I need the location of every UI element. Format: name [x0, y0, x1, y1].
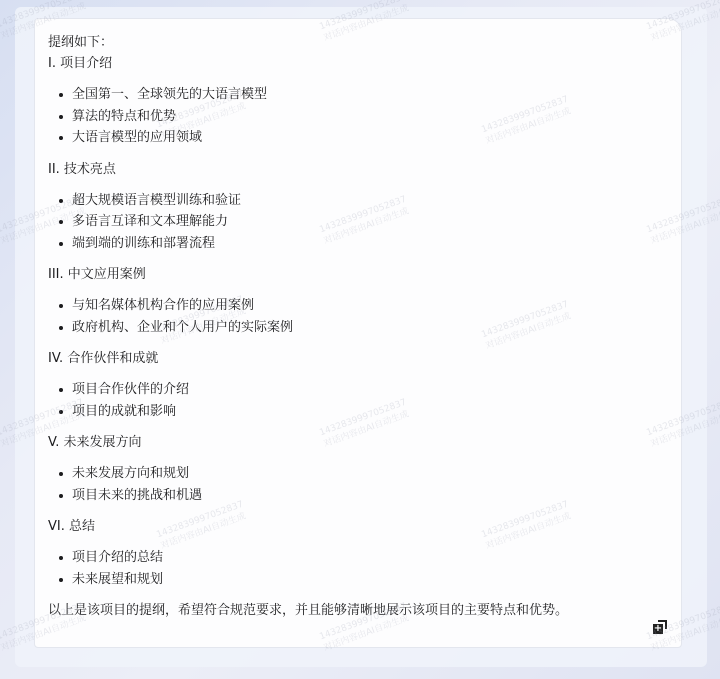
copy-icon: + [653, 624, 663, 634]
message-conclusion: 以上是该项目的提纲，希望符合规范要求，并且能够清晰地展示该项目的主要特点和优势。 [48, 601, 667, 621]
list-item: 项目未来的挑战和机遇 [58, 485, 667, 507]
list-item: 未来展望和规划 [58, 569, 667, 591]
bullet-list: 项目合作伙伴的介绍 项目的成就和影响 [48, 379, 667, 422]
section-title: I. 项目介绍 [48, 54, 667, 74]
outline-section: II. 技术亮点 超大规模语言模型训练和验证 多语言互译和文本理解能力 端到端的… [48, 160, 667, 255]
list-item: 项目的成就和影响 [58, 401, 667, 423]
message-intro: 提纲如下： [48, 33, 667, 53]
section-title: III. 中文应用案例 [48, 265, 667, 285]
assistant-message: 提纲如下： I. 项目介绍 全国第一、全球领先的大语言模型 算法的特点和优势 大… [34, 18, 682, 648]
list-item: 多语言互译和文本理解能力 [58, 211, 667, 233]
outline-section: VI. 总结 项目介绍的总结 未来展望和规划 [48, 517, 667, 590]
list-item: 项目介绍的总结 [58, 547, 667, 569]
list-item: 全国第一、全球领先的大语言模型 [58, 84, 667, 106]
list-item: 端到端的训练和部署流程 [58, 233, 667, 255]
bullet-list: 未来发展方向和规划 项目未来的挑战和机遇 [48, 463, 667, 506]
outline-section: IV. 合作伙伴和成就 项目合作伙伴的介绍 项目的成就和影响 [48, 349, 667, 422]
list-item: 大语言模型的应用领域 [58, 127, 667, 149]
list-item: 算法的特点和优势 [58, 106, 667, 128]
section-title: V. 未来发展方向 [48, 433, 667, 453]
list-item: 政府机构、企业和个人用户的实际案例 [58, 317, 667, 339]
outline-section: III. 中文应用案例 与知名媒体机构合作的应用案例 政府机构、企业和个人用户的… [48, 265, 667, 338]
list-item: 超大规模语言模型训练和验证 [58, 190, 667, 212]
list-item: 项目合作伙伴的介绍 [58, 379, 667, 401]
outline-section: I. 项目介绍 全国第一、全球领先的大语言模型 算法的特点和优势 大语言模型的应… [48, 54, 667, 149]
copy-button[interactable]: + [653, 620, 667, 634]
bullet-list: 项目介绍的总结 未来展望和规划 [48, 547, 667, 590]
list-item: 未来发展方向和规划 [58, 463, 667, 485]
bullet-list: 全国第一、全球领先的大语言模型 算法的特点和优势 大语言模型的应用领域 [48, 84, 667, 149]
section-title: II. 技术亮点 [48, 160, 667, 180]
section-title: IV. 合作伙伴和成就 [48, 349, 667, 369]
bullet-list: 与知名媒体机构合作的应用案例 政府机构、企业和个人用户的实际案例 [48, 295, 667, 338]
list-item: 与知名媒体机构合作的应用案例 [58, 295, 667, 317]
bullet-list: 超大规模语言模型训练和验证 多语言互译和文本理解能力 端到端的训练和部署流程 [48, 190, 667, 255]
outline-section: V. 未来发展方向 未来发展方向和规划 项目未来的挑战和机遇 [48, 433, 667, 506]
section-title: VI. 总结 [48, 517, 667, 537]
